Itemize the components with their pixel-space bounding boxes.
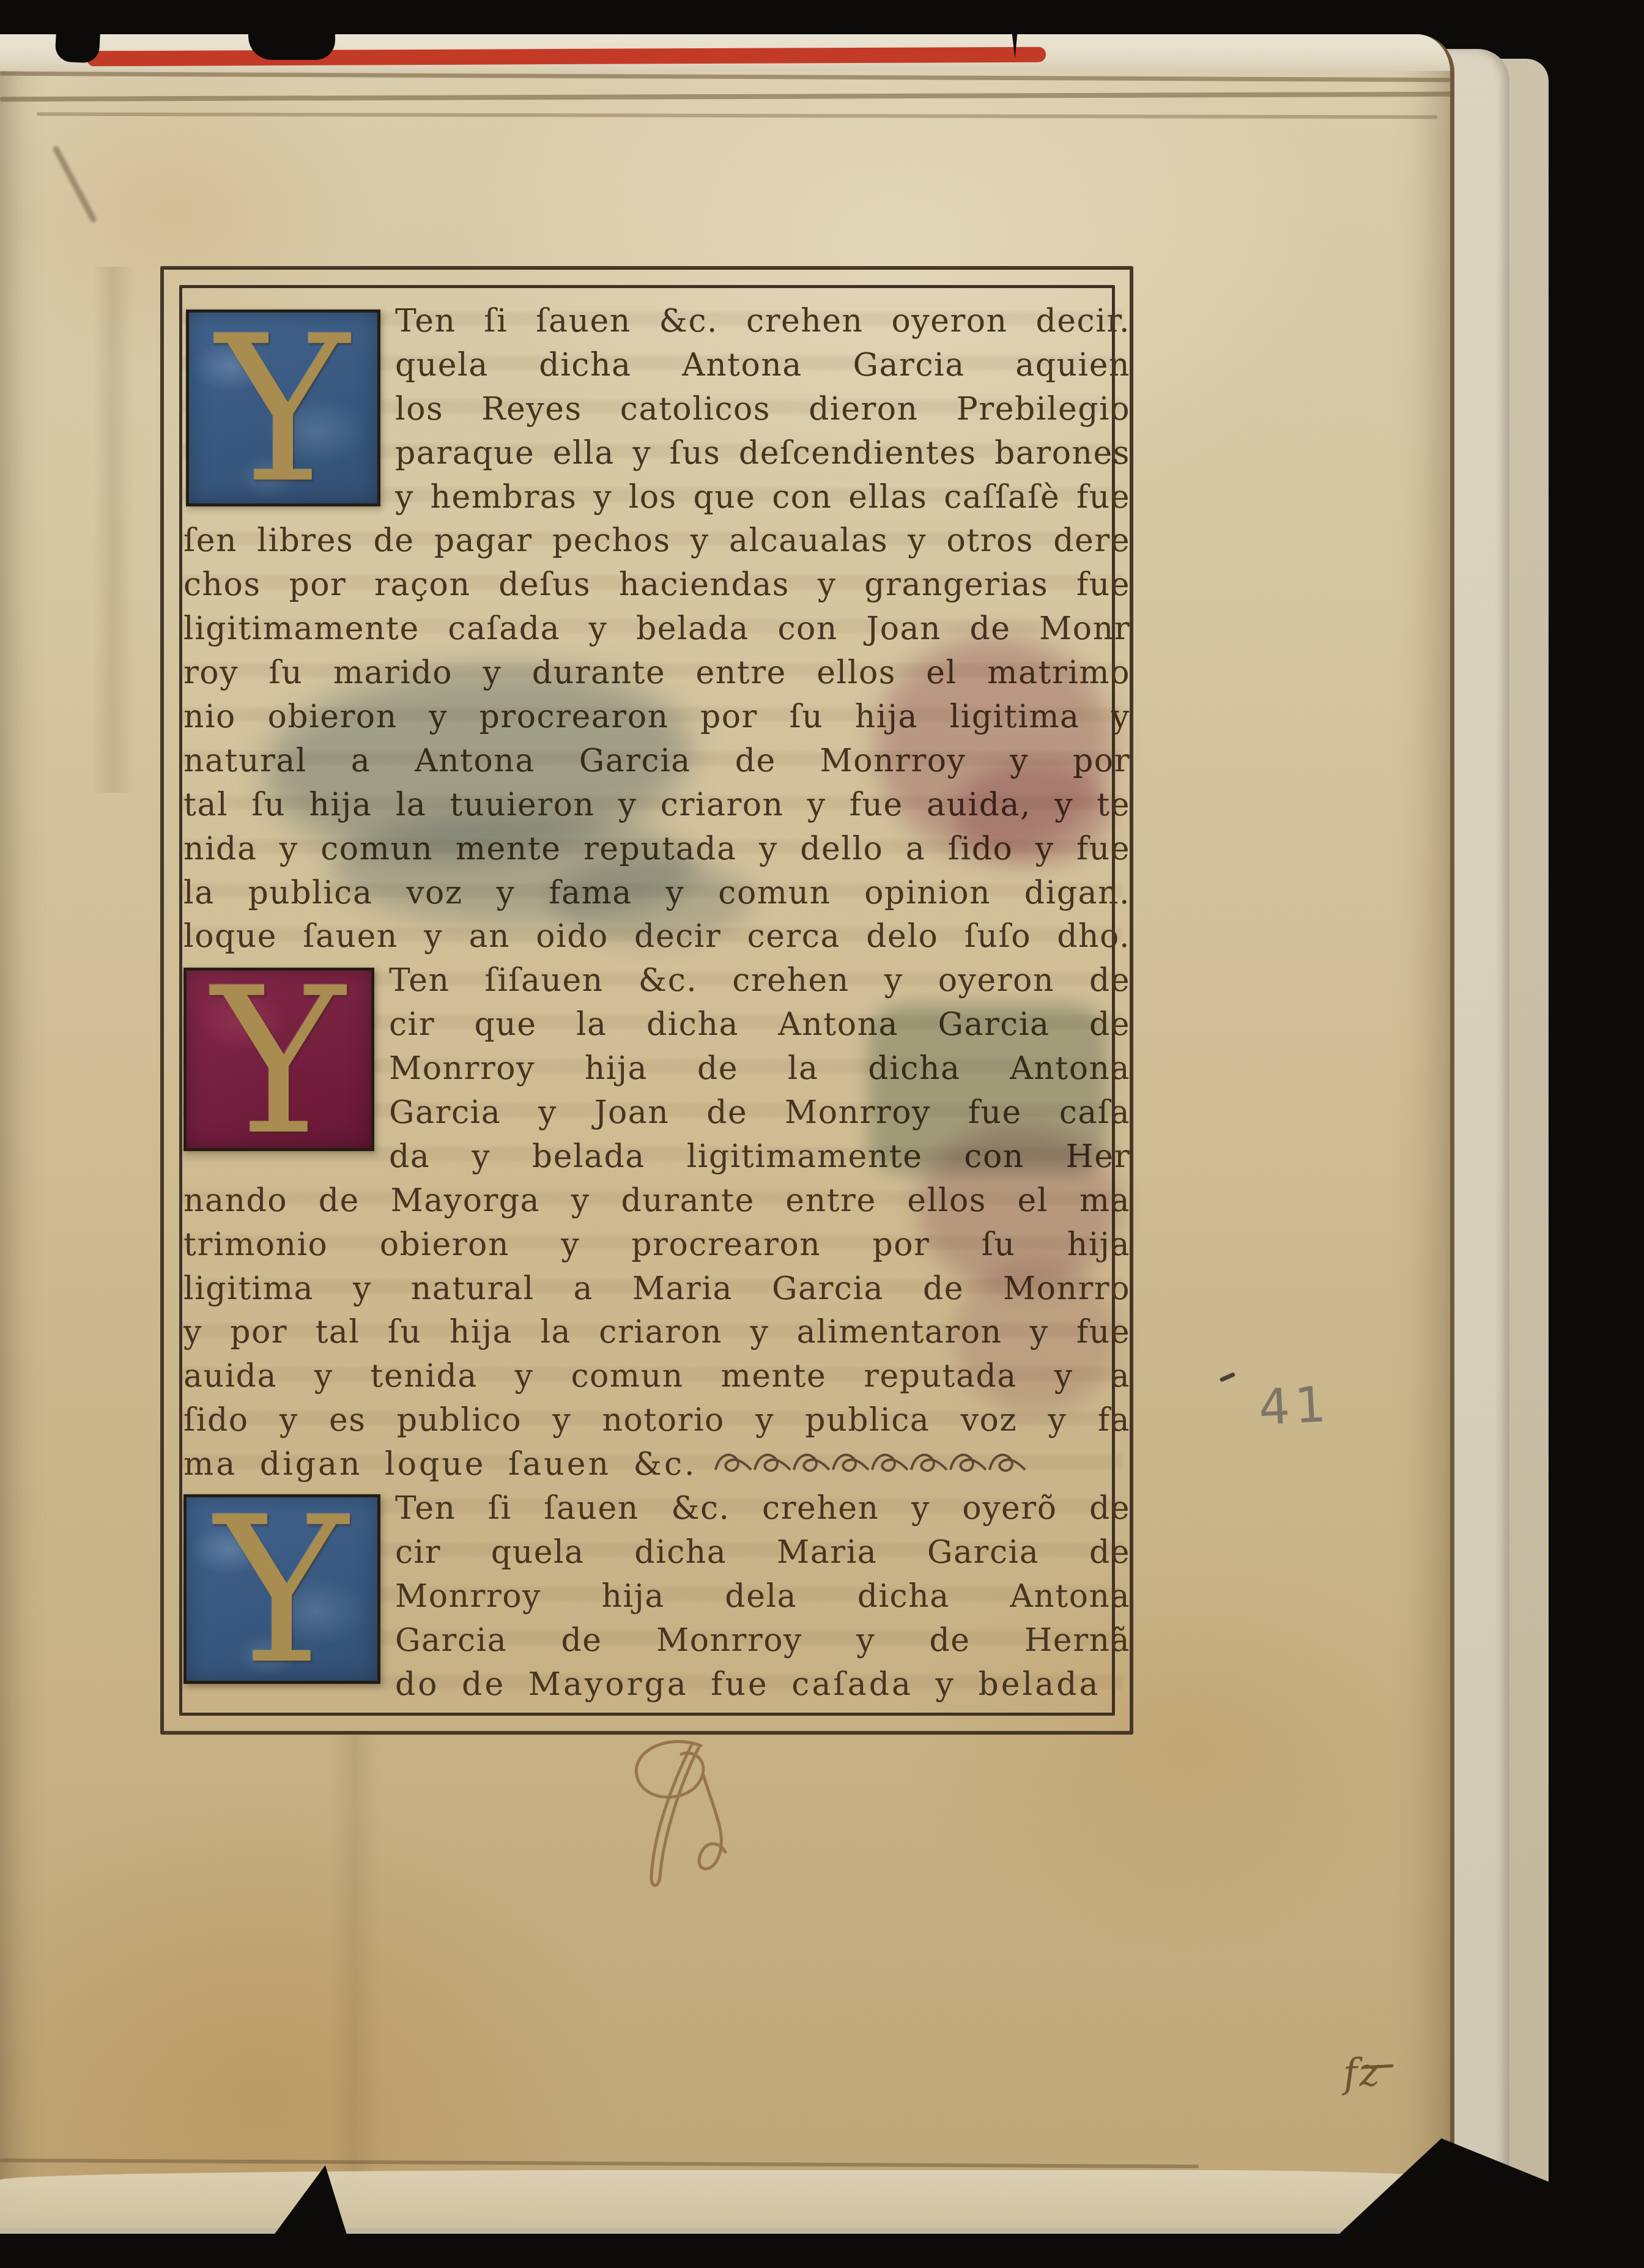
text-block: YTen ſi ſauen &c. crehen oyeron decir.qu… <box>183 294 1130 1707</box>
text-line: ligitimamente caſada y belada con Joan d… <box>183 607 1130 651</box>
text-line: chos por raçon deſus haciendas y granger… <box>183 563 1130 607</box>
ink-dash-mark <box>1220 1372 1236 1382</box>
manuscript-section: YTen ſi ſauen &c. crehen oyeron decir.qu… <box>183 300 1130 959</box>
notary-rubric-flourish <box>572 1737 768 1896</box>
text-line: tal ſu hija la tuuieron y criaron y fue … <box>183 784 1130 828</box>
folio-edge-line <box>0 92 1454 102</box>
text-line: auida y tenida y comun mente reputada y … <box>183 1355 1130 1399</box>
folio-edge-line <box>37 113 1437 119</box>
parchment-page: YTen ſi ſauen &c. crehen oyeron decir.qu… <box>0 34 1454 2226</box>
text-line: la publica voz y fama y comun opinion di… <box>183 872 1130 916</box>
background-shadow-dip <box>248 0 335 60</box>
text-line: nando de Mayorga y durante entre ellos e… <box>183 1179 1130 1223</box>
initial-letter: Y <box>215 1495 349 1688</box>
background-shadow-dip <box>54 0 102 64</box>
initial-letter: Y <box>216 314 350 506</box>
parchment-crease <box>92 267 135 793</box>
illuminated-initial: Y <box>183 968 374 1151</box>
text-line: natural a Antona Garcia de Monrroy y por <box>183 739 1130 784</box>
illuminated-initial: Y <box>186 309 380 506</box>
text-line: y por tal ſu hija la criaron y alimentar… <box>183 1311 1130 1355</box>
parchment-crack <box>52 145 98 223</box>
bottom-fold-crease <box>0 2159 1199 2168</box>
text-line: ſido y es publico y notorio y publica vo… <box>183 1399 1130 1443</box>
quire-signature-text: fz <box>1342 2050 1382 2097</box>
quire-signature-mark: fz <box>1342 2049 1395 2097</box>
text-line: nio obieron y procrearon por ſu hija lig… <box>183 695 1130 739</box>
text-line: trimonio obieron y procrearon por ſu hij… <box>183 1223 1130 1267</box>
text-line: roy ſu marido y durante entre ellos el m… <box>183 651 1130 695</box>
illuminated-initial: Y <box>183 1494 380 1684</box>
manuscript-section: YTen ſiſauen &c. crehen y oyeron decir q… <box>183 959 1130 1487</box>
folio-edge-line <box>0 72 1454 82</box>
text-line: nida y comun mente reputada y dello a ſi… <box>183 828 1130 872</box>
initial-letter: Y <box>212 966 346 1158</box>
manuscript-section: YTen ſi ſauen &c. crehen y oyerõ decir q… <box>183 1487 1130 1707</box>
photographed-manuscript: YTen ſi ſauen &c. crehen oyeron decir.qu… <box>0 0 1644 2268</box>
parchment-crease <box>330 1735 379 2206</box>
text-line: ligitima y natural a Maria Garcia de Mon… <box>183 1267 1130 1311</box>
folio-number: 41 <box>1257 1376 1333 1436</box>
line-filler-flourish <box>713 1449 1031 1477</box>
bottom-fold-strip <box>0 2170 1454 2226</box>
